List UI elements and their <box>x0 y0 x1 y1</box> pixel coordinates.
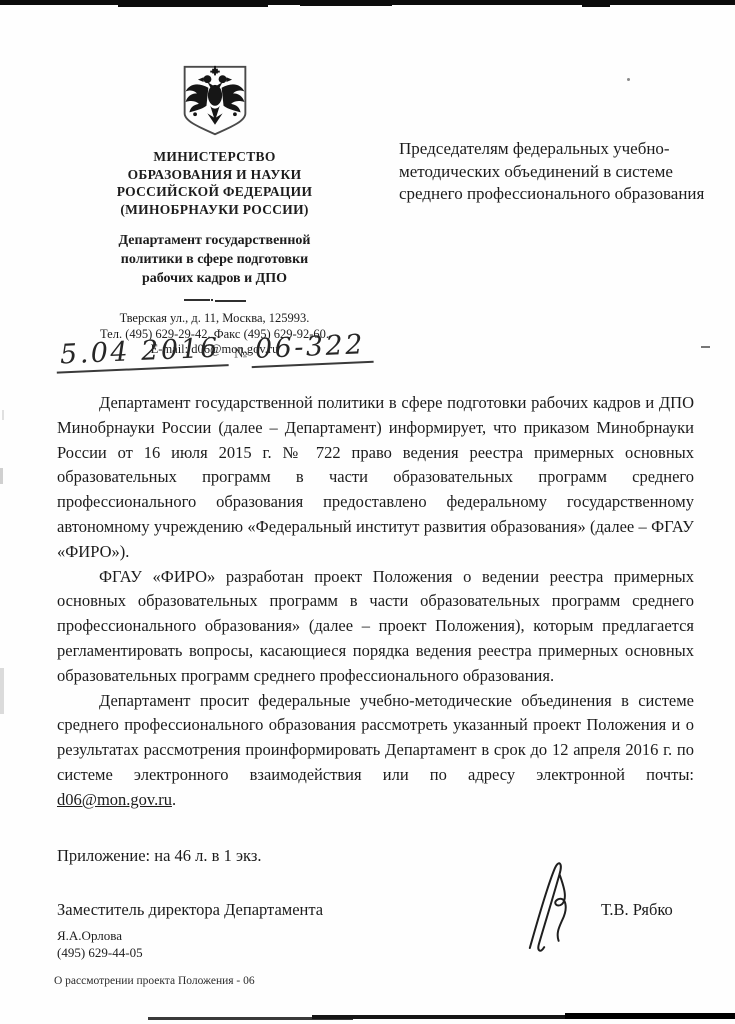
scanned-letter-page: МИНИСТЕРСТВО ОБРАЗОВАНИЯ И НАУКИ РОССИЙС… <box>0 0 735 1024</box>
addressee-block: Председателям федеральных учебно-методич… <box>399 138 715 206</box>
department-name-line: Департамент государственной <box>42 231 387 250</box>
body-paragraph-2: ФГАУ «ФИРО» разработан проект Положения … <box>57 565 694 689</box>
body-paragraph-1: Департамент государственной политики в с… <box>57 391 694 565</box>
executor-phone: (495) 629-44-05 <box>57 945 143 962</box>
ministry-name-line: МИНИСТЕРСТВО <box>42 148 387 166</box>
scan-artifact <box>2 410 4 420</box>
scan-artifact <box>0 468 3 484</box>
scan-artifact <box>118 5 268 7</box>
handwritten-date: 5.04 2016 <box>55 332 228 373</box>
executor-name: Я.А.Орлова <box>57 928 143 945</box>
body-paragraph-3: Департамент просит федеральные учебно-ме… <box>57 689 694 813</box>
scan-artifact <box>701 346 710 348</box>
body-paragraph-3-text: Департамент просит федеральные учебно-ме… <box>57 691 694 784</box>
ministry-name-line: (МИНОБРНАУКИ РОССИИ) <box>42 201 387 219</box>
department-name-line: политики в сфере подготовки <box>42 250 387 269</box>
body-paragraph-3-end: . <box>172 790 176 809</box>
letter-body: Департамент государственной политики в с… <box>57 391 694 813</box>
executor-block: Я.А.Орлова (495) 629-44-05 <box>57 928 143 961</box>
coat-of-arms-icon <box>175 64 255 138</box>
department-name: Департамент государственной политики в с… <box>42 231 387 288</box>
ministry-name-line: РОССИЙСКОЙ ФЕДЕРАЦИИ <box>42 183 387 201</box>
scan-artifact <box>627 78 630 81</box>
reference-line: 5.04 2016№06-322 <box>56 330 374 372</box>
case-reference: О рассмотрении проекта Положения - 06 <box>54 975 255 987</box>
signer-name: Т.В. Рябко <box>601 900 673 920</box>
ministry-name: МИНИСТЕРСТВО ОБРАЗОВАНИЯ И НАУКИ РОССИЙС… <box>42 148 387 218</box>
ministry-name-line: ОБРАЗОВАНИЯ И НАУКИ <box>42 166 387 184</box>
signature-icon <box>519 855 591 961</box>
scan-artifact <box>300 4 392 6</box>
letterhead: МИНИСТЕРСТВО ОБРАЗОВАНИЯ И НАУКИ РОССИЙС… <box>42 64 387 358</box>
attachment-note: Приложение: на 46 л. в 1 экз. <box>57 846 261 866</box>
numero-sign: № <box>234 346 248 362</box>
scan-artifact <box>582 5 610 7</box>
scan-artifact <box>0 668 4 714</box>
letterhead-divider <box>184 299 246 302</box>
scan-artifact-bottom-bar <box>565 1013 735 1019</box>
address-line: Тверская ул., д. 11, Москва, 125993. <box>42 311 387 327</box>
signer-position-title: Заместитель директора Департамента <box>57 900 323 920</box>
email-address-text: d06@mon.gov.ru <box>57 790 172 809</box>
department-name-line: рабочих кадров и ДПО <box>42 269 387 288</box>
handwritten-outgoing-number: 06-322 <box>251 329 374 368</box>
